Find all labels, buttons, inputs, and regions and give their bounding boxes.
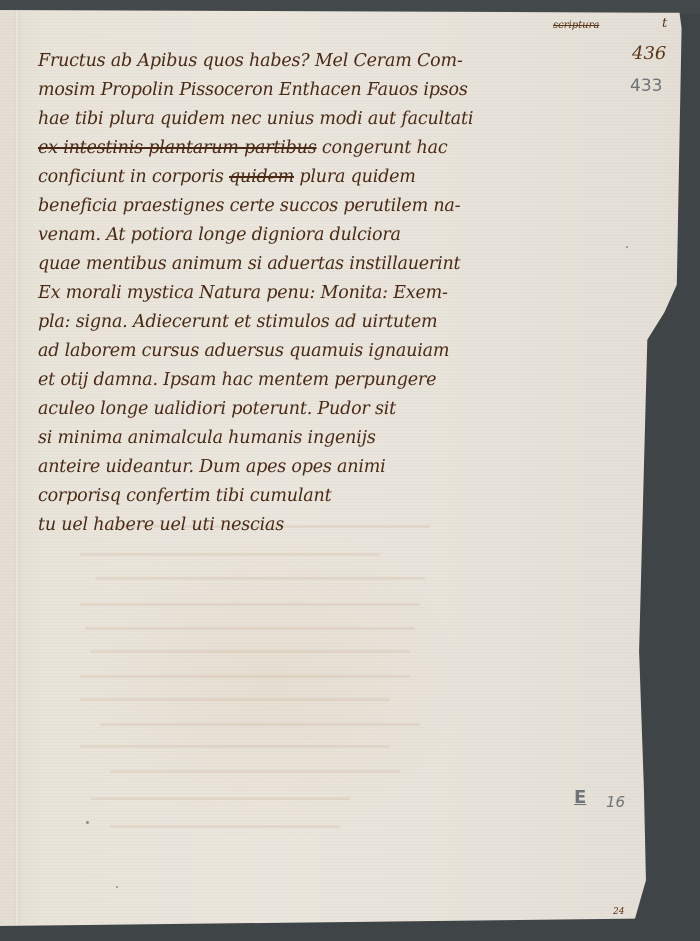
pencil-mark: E [574, 787, 586, 808]
struck-text: ex intestinis plantarum partibus [38, 138, 317, 158]
text-line: quae mentibus animum si aduertas instill… [38, 254, 460, 274]
margin-struck-word: scriptura [553, 20, 599, 31]
text-line: ex intestinis plantarum partibus congeru… [38, 138, 447, 158]
folio-number-ink: 436 [632, 43, 666, 64]
text-line: et otij damna. Ipsam hac mentem perpunge… [38, 370, 436, 390]
struck-text: quidem [229, 167, 294, 187]
text-line: ad laborem cursus aduersus quamuis ignau… [38, 341, 449, 361]
text-line: venam. At potiora longe digniora dulcior… [38, 225, 401, 245]
ink-bleed-through [80, 515, 460, 845]
folio-number-pencil: 433 [630, 76, 662, 96]
text-line: tu uel habere uel uti nescias [38, 515, 284, 535]
text-line: Ex morali mystica Natura penu: Monita: E… [38, 283, 448, 303]
manuscript-page: Fructus ab Apibus quos habes? Mel Ceram … [0, 10, 685, 926]
paper-speck [86, 821, 89, 824]
text-line: conficiunt in corporis quidem plura quid… [38, 167, 416, 187]
pencil-number: 16 [606, 793, 625, 811]
text-line: corporisq confertim tibi cumulant [38, 486, 331, 506]
signature-mark: 24 [613, 907, 624, 917]
paper-speck [116, 886, 118, 888]
text-line: si minima animalcula humanis ingenijs [38, 428, 376, 448]
text-line: hae tibi plura quidem nec unius modi aut… [38, 109, 473, 129]
text-line: aculeo longe ualidiori poterunt. Pudor s… [38, 399, 396, 419]
text-line: beneficia praestignes certe succos perut… [38, 196, 460, 216]
text-line: pla: signa. Adiecerunt et stimulos ad ui… [38, 312, 437, 332]
margin-mark: t [662, 16, 667, 31]
page-gutter [14, 10, 20, 926]
paper-speck [626, 246, 628, 248]
text-line: Fructus ab Apibus quos habes? Mel Ceram … [38, 51, 463, 71]
text-line: mosim Propolin Pissoceron Enthacen Fauos… [38, 80, 468, 100]
text-line: anteire uideantur. Dum apes opes animi [38, 457, 386, 477]
